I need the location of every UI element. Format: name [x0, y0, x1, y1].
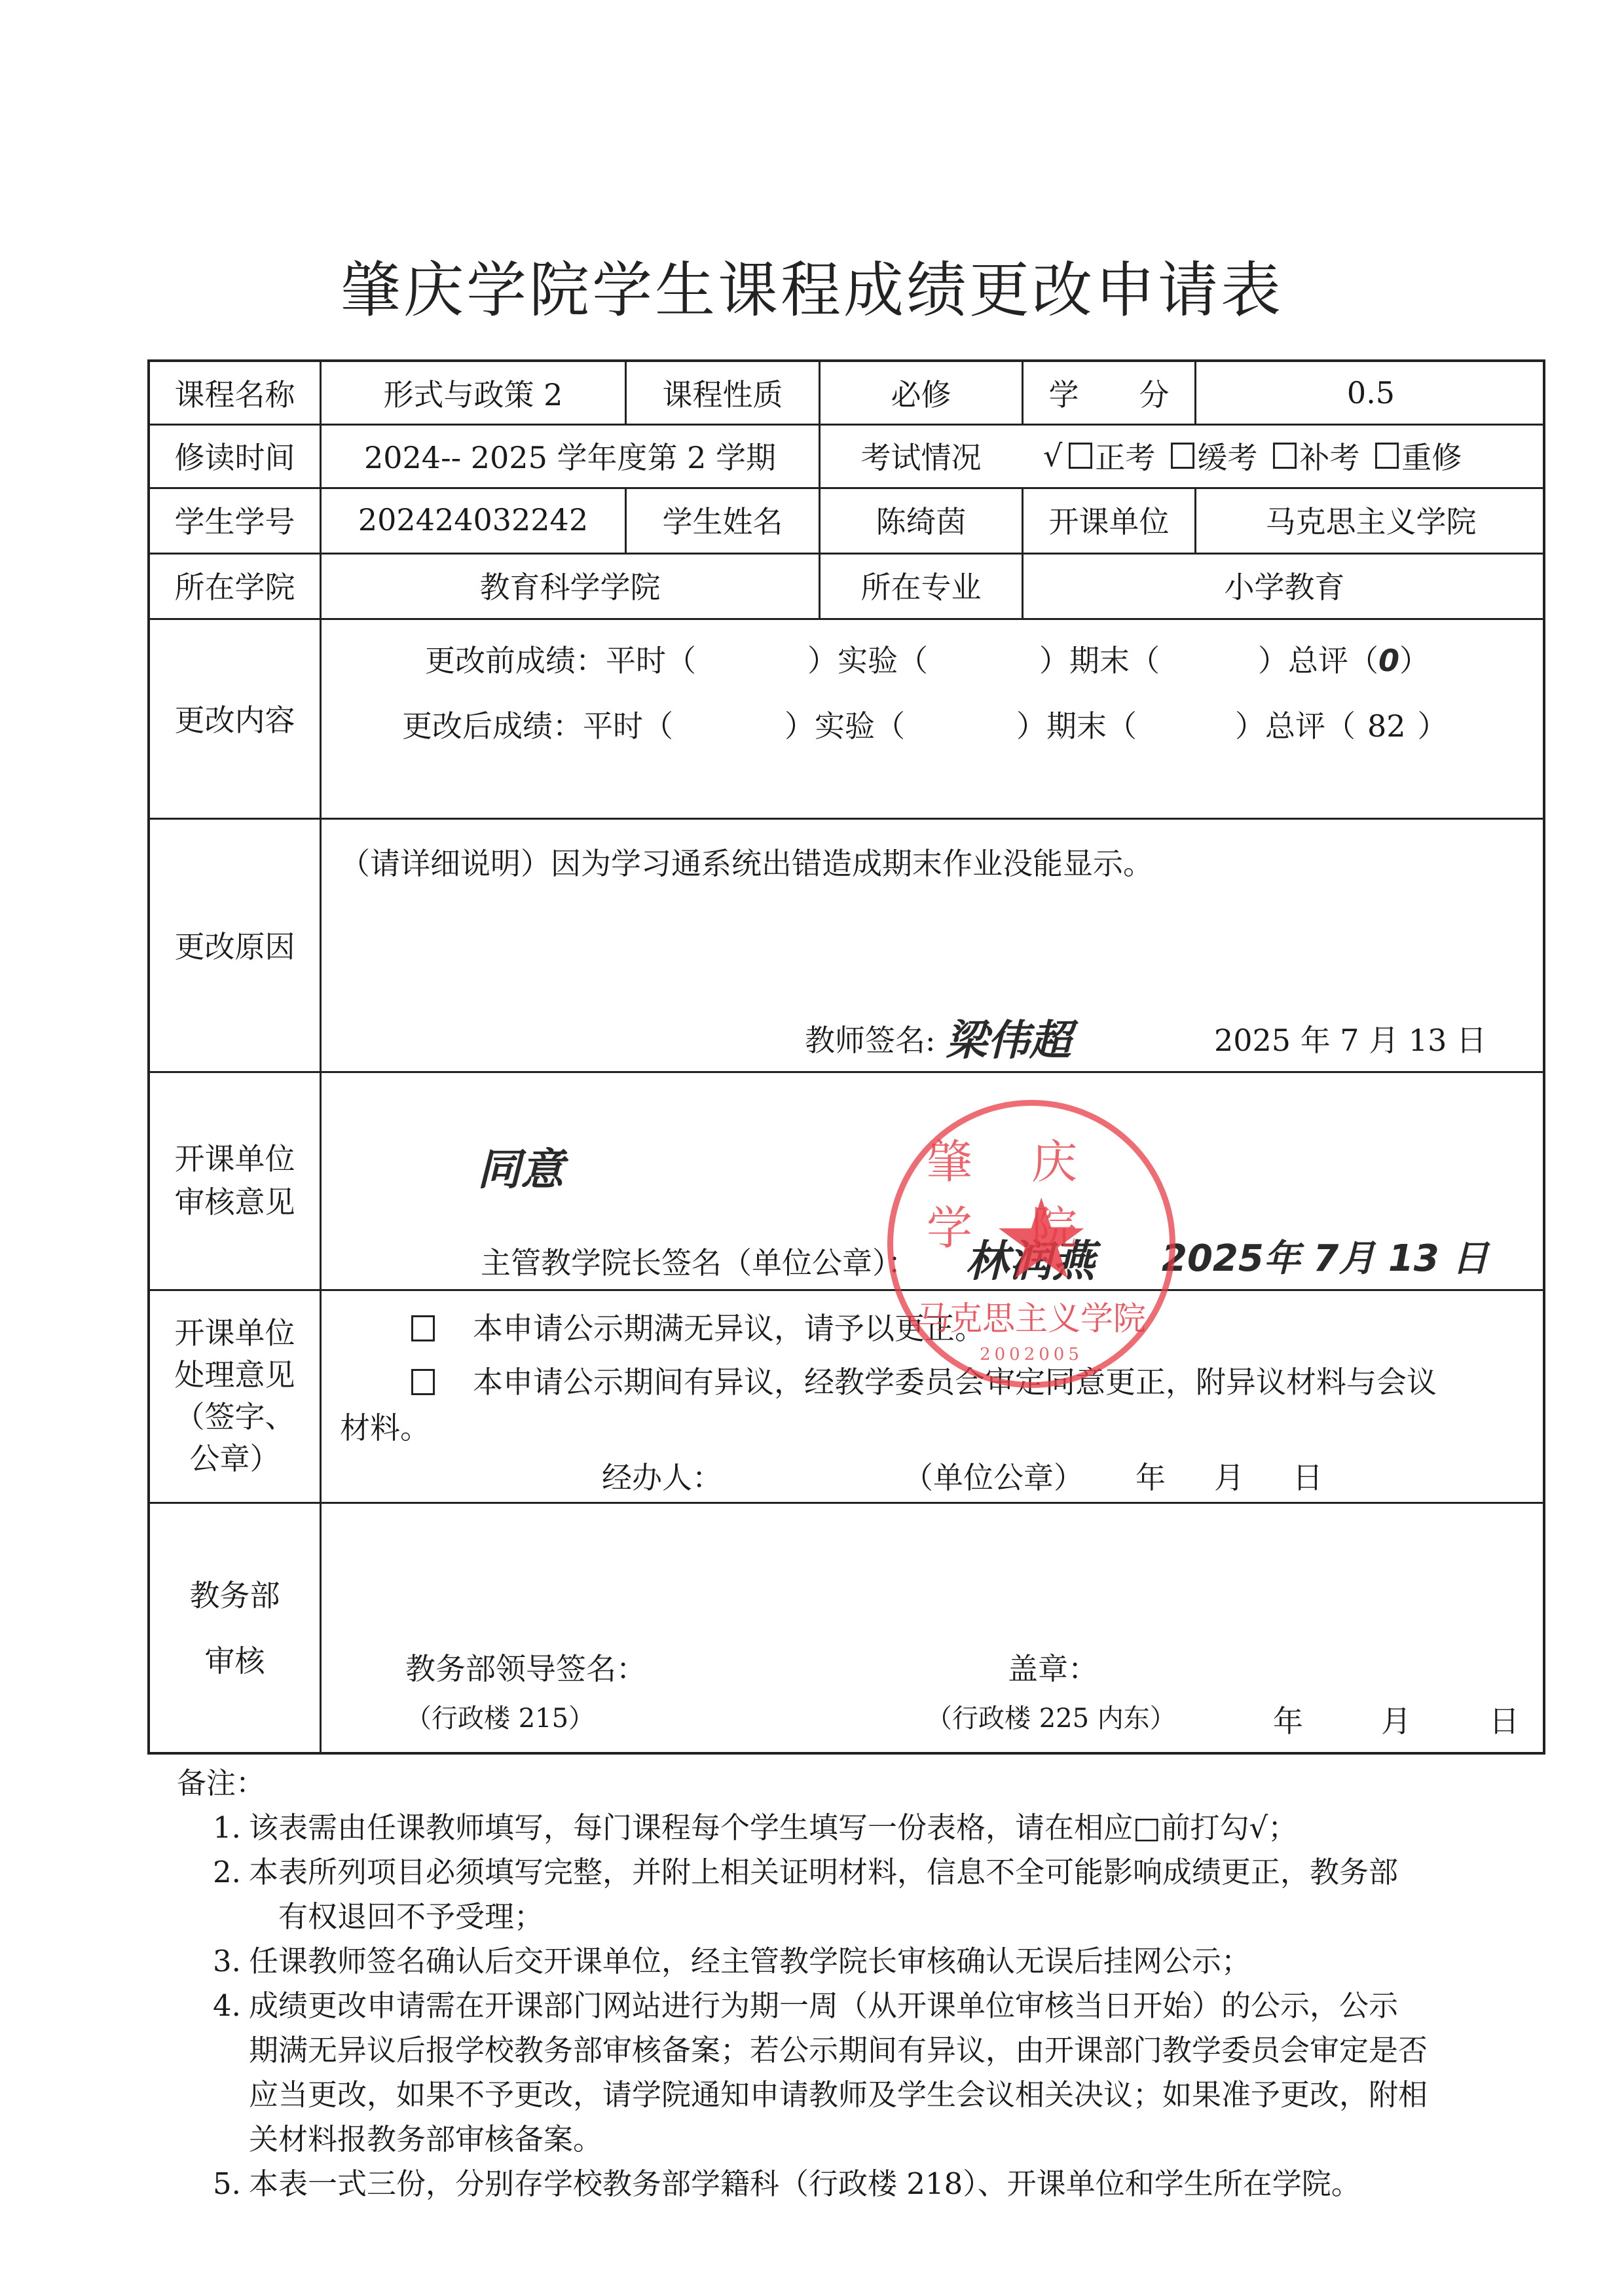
star-icon: ★: [991, 1184, 1091, 1296]
option-retake: 重修: [1401, 434, 1462, 477]
term-label: 修读时间: [150, 424, 320, 487]
handling-seal-label: （单位公章）: [903, 1454, 1084, 1497]
note-line: 成绩更改申请需在开课部门网站进行为期一周（从开课单位审核当日开始）的公示，公示: [249, 1984, 1565, 2028]
lab-score-label: ）实验（: [784, 708, 905, 744]
course-type-label: 课程性质: [627, 362, 819, 424]
handling-month: 月: [1214, 1454, 1244, 1497]
student-name-label: 学生姓名: [627, 487, 819, 553]
note-line: 关材料报教务部审核备案。: [249, 2117, 1565, 2162]
total-score-label: ）总评（: [1258, 643, 1378, 678]
note-line: 有权退回不予受理；: [249, 1895, 1565, 1939]
note-item: 2. 本表所列项目必须填写完整，并附上相关证明材料，信息不全可能影响成绩更正，教…: [177, 1850, 1565, 1939]
grade-before-line: 更改前成绩：平时（）实验（）期末（）总评（0）: [425, 637, 1430, 680]
grade-before-prefix: 更改前成绩：: [425, 643, 606, 678]
row-divider: [150, 1289, 1545, 1291]
offering-unit-value[interactable]: 马克思主义学院: [1196, 487, 1545, 553]
affairs-day: 日: [1489, 1698, 1519, 1741]
student-name-value[interactable]: 陈绮茵: [821, 487, 1022, 553]
dean-signature-label: 主管教学院长签名（单位公章）：: [481, 1239, 917, 1283]
change-reason-label: 更改原因: [150, 818, 320, 1071]
note-line: 该表需由任课教师填写，每门课程每个学生填写一份表格，请在相应□前打勾√；: [249, 1806, 1565, 1850]
seal-location: （行政楼 225 内东）: [926, 1698, 1176, 1735]
final-score-label: ）期末（: [1016, 708, 1137, 744]
term-value[interactable]: 2024-- 2025 学年度第 2 学期: [322, 424, 819, 487]
row-divider: [150, 618, 1545, 620]
academic-affairs-label-line1: 教务部: [190, 1563, 280, 1628]
leader-location: （行政楼 215）: [405, 1698, 595, 1735]
course-name-value[interactable]: 形式与政策 2: [322, 362, 625, 424]
lab-score-label: ）实验（: [807, 643, 928, 678]
credit-label: 学 分: [1024, 362, 1194, 424]
student-id-label: 学生学号: [150, 487, 320, 553]
note-line: 任课教师签名确认后交开课单位，经主管教学院长审核确认无误后挂网公示；: [249, 1939, 1565, 1984]
note-line: 应当更改，如果不予更改，请学院通知申请教师及学生会议相关决议；如果准予更改，附相: [249, 2073, 1565, 2117]
unit-handling-label-line1: 开课单位: [175, 1312, 295, 1354]
handling-year: 年: [1135, 1454, 1166, 1497]
teacher-sign-date: 2025 年 7 月 13 日: [1214, 1017, 1486, 1060]
academic-affairs-label-line2: 审核: [205, 1628, 265, 1694]
unit-handling-label-line3: （签字、: [175, 1396, 295, 1438]
unit-review-label-line1: 开课单位: [175, 1137, 295, 1180]
offering-unit-label: 开课单位: [1024, 487, 1194, 553]
note-line: 本表所列项目必须填写完整，并附上相关证明材料，信息不全可能影响成绩更正，教务部: [249, 1850, 1565, 1895]
affairs-year: 年: [1273, 1698, 1303, 1741]
change-content-label: 更改内容: [150, 618, 320, 818]
option-makeup-exam: 补考: [1299, 434, 1359, 477]
academic-affairs-label: 教务部 审核: [150, 1502, 320, 1755]
dean-sign-date: 2025年 7月 13 日: [1162, 1230, 1488, 1282]
review-opinion[interactable]: 同意: [477, 1135, 564, 1197]
total-score-label: ）总评（: [1235, 708, 1356, 744]
total-score-after[interactable]: 82: [1356, 708, 1418, 744]
note-item: 3. 任课教师签名确认后交开课单位，经主管教学院长审核确认无误后挂网公示；: [177, 1939, 1565, 1984]
note-line: 本表一式三份，分别存学校教务部学籍科（行政楼 218）、开课单位和学生所在学院。: [249, 2162, 1565, 2206]
note-item: 1. 该表需由任课教师填写，每门课程每个学生填写一份表格，请在相应□前打勾√；: [177, 1806, 1565, 1850]
checkbox-makeup-exam[interactable]: [1273, 443, 1297, 469]
total-score-before[interactable]: 0: [1378, 643, 1399, 678]
handling-option-2: 本申请公示期间有异议，经教学委员会审定同意更正，附异议材料与会议: [409, 1358, 1437, 1402]
handler-label: 经办人：: [602, 1454, 722, 1497]
usual-score-label: 平时（: [583, 708, 673, 744]
unit-handling-label: 开课单位 处理意见 （签字、 公章）: [150, 1289, 320, 1502]
paren-close: ）: [1399, 643, 1430, 678]
grade-after-prefix: 更改后成绩：: [402, 708, 583, 744]
row-divider: [150, 1502, 1545, 1504]
checkbox-no-objection[interactable]: [411, 1315, 435, 1341]
seal-unit-text: 马克思主义学院: [893, 1292, 1170, 1339]
option-regular-exam: 正考: [1095, 434, 1155, 477]
course-name-label: 课程名称: [150, 362, 320, 424]
handling-option-2-cont: 材料。: [340, 1404, 430, 1448]
seal-number: 2002005: [893, 1345, 1170, 1364]
teacher-signature-label: 教师签名:: [805, 1017, 936, 1060]
note-number: 4.: [213, 1984, 241, 2028]
note-item: 4. 成绩更改申请需在开课部门网站进行为期一周（从开课单位审核当日开始）的公示，…: [177, 1984, 1565, 2162]
checkbox-with-objection[interactable]: [411, 1369, 435, 1395]
unit-handling-label-line2: 处理意见: [175, 1354, 295, 1396]
check-mark-icon: √: [1043, 438, 1062, 473]
checkbox-regular-exam[interactable]: [1069, 443, 1092, 469]
credit-value[interactable]: 0.5: [1196, 362, 1545, 424]
note-number: 1.: [213, 1806, 241, 1850]
handling-day: 日: [1293, 1454, 1323, 1497]
note-number: 2.: [213, 1850, 241, 1895]
unit-handling-label-line4: 公章）: [190, 1438, 280, 1480]
major-value[interactable]: 小学教育: [1024, 553, 1545, 618]
grade-change-form-table: 课程名称 形式与政策 2 课程性质 必修 学 分 0.5 修读时间 2024--…: [147, 359, 1545, 1755]
paren-close: ）: [1418, 708, 1448, 744]
notes-section: 备注： 1. 该表需由任课教师填写，每门课程每个学生填写一份表格，请在相应□前打…: [177, 1761, 1565, 2206]
row-divider: [150, 1071, 1545, 1073]
unit-review-label-line2: 审核意见: [175, 1180, 295, 1224]
affairs-seal-label: 盖章：: [1008, 1645, 1098, 1688]
checkbox-retake[interactable]: [1375, 443, 1399, 469]
row-divider: [150, 818, 1545, 820]
final-score-label: ）期末（: [1039, 643, 1160, 678]
unit-review-label: 开课单位 审核意见: [150, 1071, 320, 1289]
college-label: 所在学院: [150, 553, 320, 618]
course-type-value[interactable]: 必修: [821, 362, 1022, 424]
option-deferred-exam: 缓考: [1197, 434, 1257, 477]
major-label: 所在专业: [821, 553, 1022, 618]
note-number: 5.: [213, 2162, 241, 2206]
exam-status-options: √ 正考 缓考 补考 重修: [1024, 424, 1545, 487]
grade-after-line: 更改后成绩：平时（）实验（）期末（）总评（82）: [402, 702, 1448, 746]
change-reason-text[interactable]: （请详细说明）因为学习通系统出错造成期末作业没能显示。: [340, 840, 1153, 883]
notes-heading: 备注：: [177, 1761, 1565, 1806]
note-line: 期满无异议后报学校教务部审核备案；若公示期间有异议，由开课部门教学委员会审定是否: [249, 2028, 1565, 2073]
college-value[interactable]: 教育科学学院: [322, 553, 819, 618]
usual-score-label: 平时（: [606, 643, 696, 678]
note-item: 5. 本表一式三份，分别存学校教务部学籍科（行政楼 218）、开课单位和学生所在…: [177, 2162, 1565, 2206]
student-id-value[interactable]: 202424032242: [322, 487, 625, 553]
page-title: 肇庆学院学生课程成绩更改申请表: [0, 242, 1624, 329]
checkbox-deferred-exam[interactable]: [1171, 443, 1194, 469]
affairs-month: 月: [1381, 1698, 1411, 1741]
leader-signature-label: 教务部领导签名：: [405, 1645, 646, 1688]
exam-status-label: 考试情况: [821, 424, 1022, 487]
note-number: 3.: [213, 1939, 241, 1984]
teacher-signature[interactable]: 梁伟超: [946, 1007, 1071, 1067]
official-seal: 肇庆学院 ★ 马克思主义学院 2002005: [887, 1100, 1175, 1388]
handling-option-2-text: 本申请公示期间有异议，经教学委员会审定同意更正，附异议材料与会议: [473, 1364, 1437, 1400]
